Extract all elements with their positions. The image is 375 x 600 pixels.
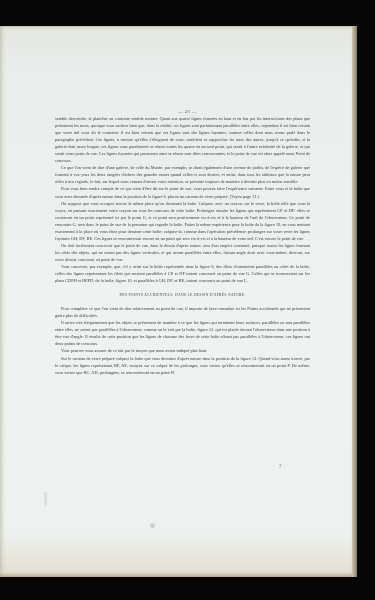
page-number: — 25 — [0, 109, 375, 114]
paragraph: On doit facilement concevoir que le poin… [55, 242, 310, 263]
section-heading: DES POINTS ACCIDENTELS, DANS LE DESSIN D… [55, 292, 310, 299]
paragraph: Il arrive très fréquemment que les objet… [55, 319, 310, 347]
body-text: semble descendre, le plancher au contrai… [55, 115, 310, 376]
paragraph: Vous pourrez vous assurer de ce fait par… [55, 347, 310, 354]
smudge-mark [150, 523, 155, 528]
paragraph: Pour vous bien rendre compte de ce qui v… [55, 185, 310, 199]
signature-mark: 7 [279, 465, 282, 470]
paragraph: On suppose que vous occupez encore la mê… [55, 200, 310, 242]
paragraph: Sur le carreau de verre préparé calquez … [55, 355, 310, 376]
paragraph: Ce que l'on vient de dire d'une galerie,… [55, 164, 310, 185]
paragraph: Vous concevez, par exemple, que, s'il y … [55, 263, 310, 284]
paragraph: Pour compléter ce que l'on vient de dire… [55, 305, 310, 319]
paragraph: semble descendre, le plancher au contrai… [55, 115, 310, 164]
smudge-mark [44, 492, 47, 506]
